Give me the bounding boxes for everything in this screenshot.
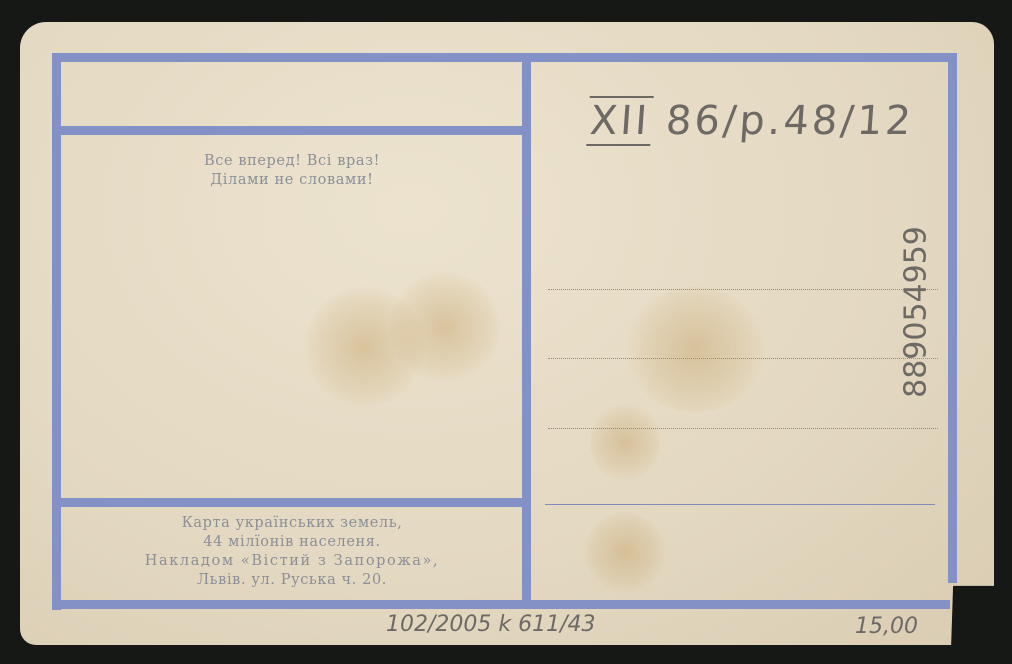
handwritten-vertical-number: 889054959	[899, 226, 934, 398]
stain	[585, 512, 665, 592]
slogan: Все вперед! Всі враз! Ділами не словами!	[62, 152, 522, 190]
caption-line-4: Львів. ул. Руська ч. 20.	[62, 571, 522, 590]
caption-line-3: Накладом «Вістий з Запорожа»,	[62, 552, 522, 571]
frame-left	[52, 53, 61, 610]
slogan-line-1: Все вперед! Всі враз!	[62, 152, 522, 171]
frame-bottom	[52, 600, 950, 609]
address-line	[548, 428, 938, 429]
handwritten-price: 15,00	[855, 614, 918, 639]
handwritten-catalog: XII86/p.48/12	[586, 98, 915, 144]
frame-divider	[522, 53, 531, 609]
stain	[625, 287, 765, 412]
address-line	[548, 358, 938, 359]
slogan-line-2: Ділами не словами!	[62, 171, 522, 190]
frame-right	[948, 53, 957, 583]
stain	[390, 272, 500, 382]
caption-line-2: 44 мілїонів населеня.	[62, 533, 522, 552]
handwritten-reference: 102/2005 k 611/43	[386, 612, 596, 637]
address-line	[545, 504, 935, 505]
frame-top	[52, 53, 957, 62]
caption-line-1: Карта українських земель,	[62, 514, 522, 533]
publisher-caption: Карта українських земель, 44 мілїонів на…	[62, 514, 522, 590]
catalog-number: 86/p.48/12	[664, 98, 915, 144]
stain	[590, 402, 660, 482]
panel-bottom-bar	[52, 498, 522, 507]
roman-numeral: XII	[586, 96, 653, 146]
panel-top-bar	[52, 126, 530, 135]
address-line	[548, 289, 938, 290]
